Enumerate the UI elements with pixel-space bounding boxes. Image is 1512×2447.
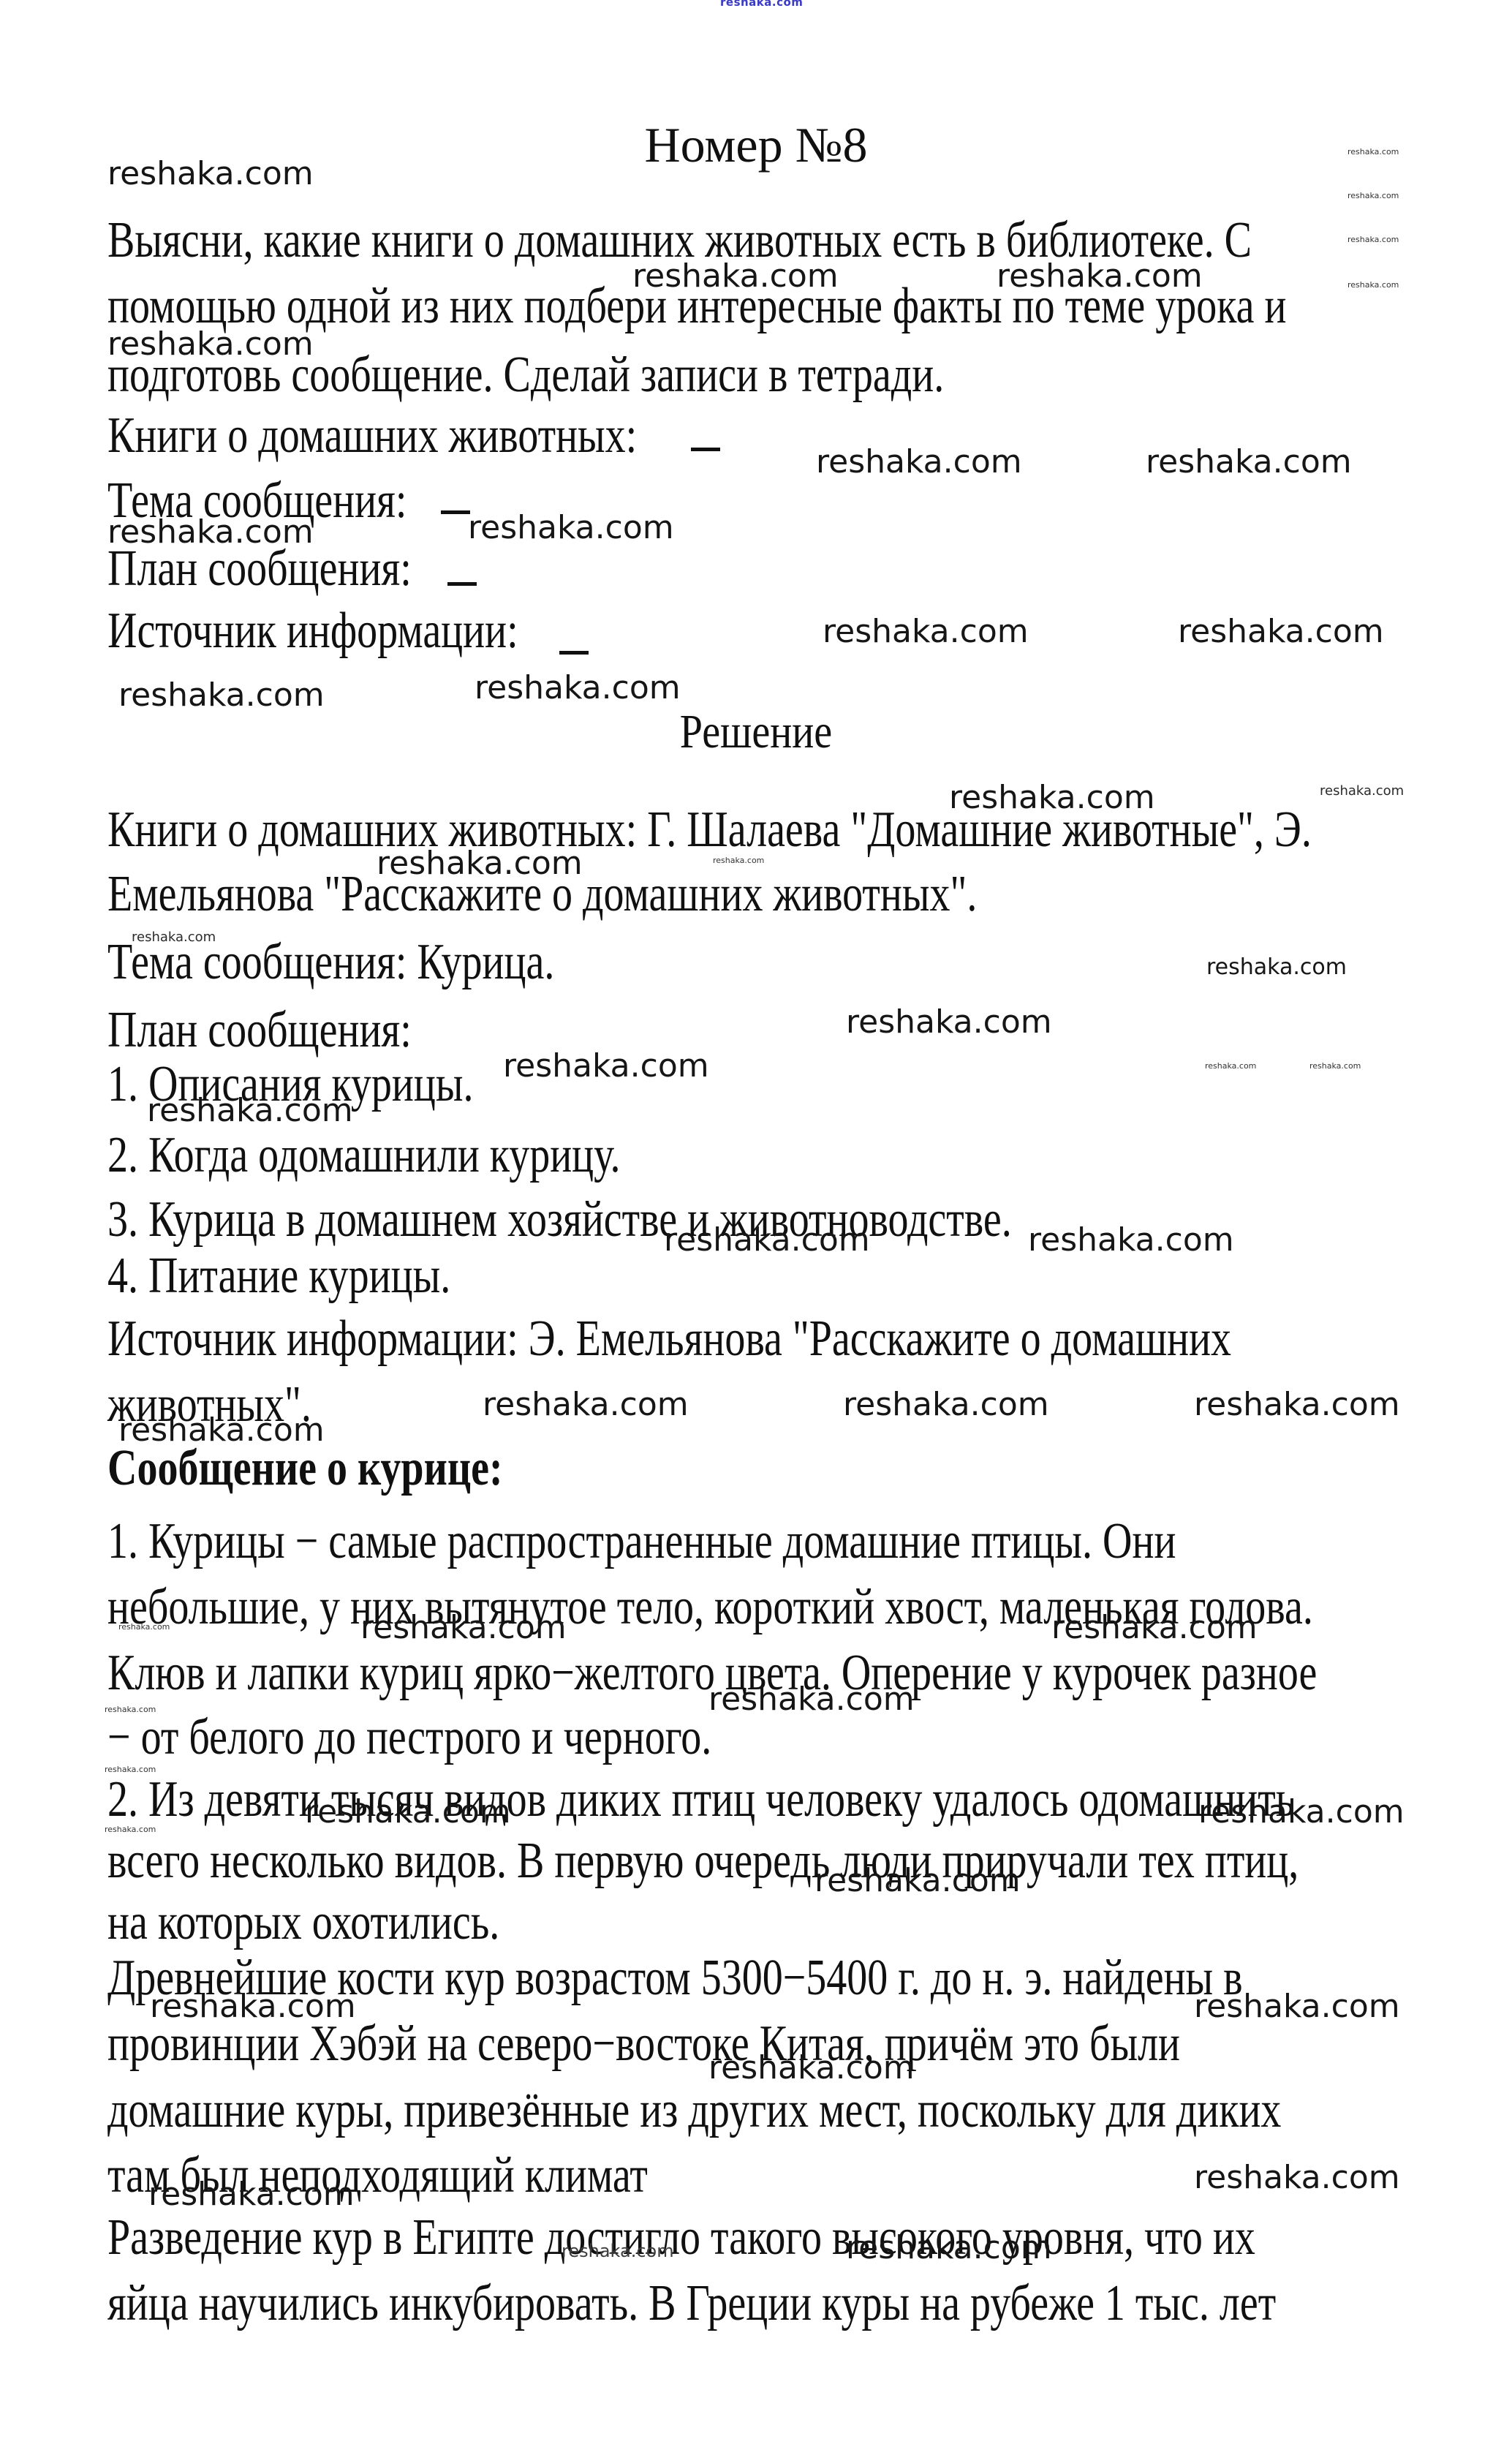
watermark: reshaka.com [132, 931, 216, 944]
text-line: План сообщения: [107, 543, 412, 595]
text-line: на которых охотились. [107, 1897, 499, 1948]
watermark: reshaka.com [816, 446, 1022, 478]
watermark: reshaka.com [1347, 235, 1399, 244]
text-line: 3. Курица в домашнем хозяйстве и животно… [107, 1194, 1012, 1245]
watermark: reshaka.com [664, 1224, 870, 1256]
watermark: reshaka.com [562, 2242, 674, 2260]
watermark: reshaka.com [1028, 1224, 1234, 1256]
watermark: reshaka.com [949, 782, 1155, 814]
watermark: reshaka.com [997, 260, 1203, 293]
watermark: reshaka.com [475, 672, 681, 704]
blank-underscore [447, 582, 477, 586]
watermark: reshaka.com [720, 0, 803, 8]
watermark: reshaka.com [823, 616, 1029, 648]
watermark: reshaka.com [1206, 957, 1347, 979]
watermark: reshaka.com [1194, 1389, 1400, 1421]
text-line: − от белого до пестрого и черного. [107, 1712, 711, 1763]
blank-underscore [559, 651, 589, 655]
watermark: reshaka.com [843, 1389, 1049, 1421]
watermark: reshaka.com [105, 1705, 156, 1713]
watermark: reshaka.com [107, 158, 314, 190]
text-line: провинции Хэбэй на северо−востоке Китая,… [107, 2018, 1180, 2070]
text-line: 1. Курицы − самые распространенные домаш… [107, 1516, 1176, 1567]
text-line: Разведение кур в Египте достигло такого … [107, 2212, 1255, 2263]
blank-underscore [691, 448, 720, 451]
blank-underscore [441, 510, 470, 514]
watermark: reshaka.com [713, 856, 764, 864]
watermark: reshaka.com [1178, 616, 1384, 648]
watermark: reshaka.com [118, 679, 325, 712]
watermark: reshaka.com [632, 260, 839, 293]
watermark: reshaka.com [846, 2232, 1052, 2264]
text-line: План сообщения: [107, 1005, 412, 1056]
watermark: reshaka.com [1347, 192, 1399, 200]
watermark: reshaka.com [1205, 1062, 1256, 1070]
watermark: reshaka.com [503, 1050, 709, 1082]
text-line: домашние куры, привезённые из других мес… [107, 2085, 1281, 2136]
text-line: 4. Питание курицы. [107, 1251, 450, 1302]
watermark: reshaka.com [1198, 1796, 1405, 1828]
watermark: reshaka.com [1320, 785, 1404, 798]
document-page: Номер №8 Решение Выясни, какие книги о д… [0, 0, 1512, 2447]
text-line: Сообщение о курице: [107, 1443, 503, 1494]
watermark: reshaka.com [1309, 1062, 1361, 1070]
text-line: Книги о домашних животных: [107, 410, 637, 461]
watermark: reshaka.com [814, 1865, 1021, 1897]
watermark: reshaka.com [1194, 2162, 1400, 2194]
watermark: reshaka.com [1347, 148, 1399, 156]
watermark: reshaka.com [360, 1612, 567, 1644]
watermark: reshaka.com [708, 2052, 915, 2084]
solution-heading: Решение [113, 708, 1399, 756]
watermark: reshaka.com [105, 1765, 156, 1773]
watermark: reshaka.com [1194, 1991, 1400, 2023]
watermark: reshaka.com [118, 1623, 170, 1631]
text-line: Источник информации: [107, 606, 518, 657]
watermark: reshaka.com [846, 1006, 1052, 1038]
watermark: reshaka.com [1146, 446, 1352, 478]
watermark: reshaka.com [708, 1684, 915, 1716]
watermark: reshaka.com [118, 1414, 325, 1447]
watermark: reshaka.com [305, 1796, 511, 1828]
watermark: reshaka.com [1347, 281, 1399, 289]
text-line: 2. Когда одомашнили курицу. [107, 1130, 621, 1181]
watermark: reshaka.com [1051, 1612, 1258, 1644]
text-line: всего несколько видов. В первую очередь … [107, 1836, 1299, 1887]
watermark: reshaka.com [148, 2179, 355, 2211]
text-line: Источник информации: Э. Емельянова "Расс… [107, 1313, 1231, 1365]
watermark: reshaka.com [107, 516, 314, 548]
text-line: 2. Из девяти тысяч видов диких птиц чело… [107, 1774, 1294, 1825]
watermark: reshaka.com [150, 1991, 356, 2023]
watermark: reshaka.com [105, 1825, 156, 1833]
watermark: reshaka.com [468, 512, 674, 544]
watermark: reshaka.com [483, 1389, 689, 1421]
watermark: reshaka.com [147, 1095, 353, 1127]
watermark: reshaka.com [107, 328, 314, 361]
text-line: яйца научились инкубировать. В Греции ку… [107, 2278, 1276, 2329]
watermark: reshaka.com [377, 848, 583, 880]
